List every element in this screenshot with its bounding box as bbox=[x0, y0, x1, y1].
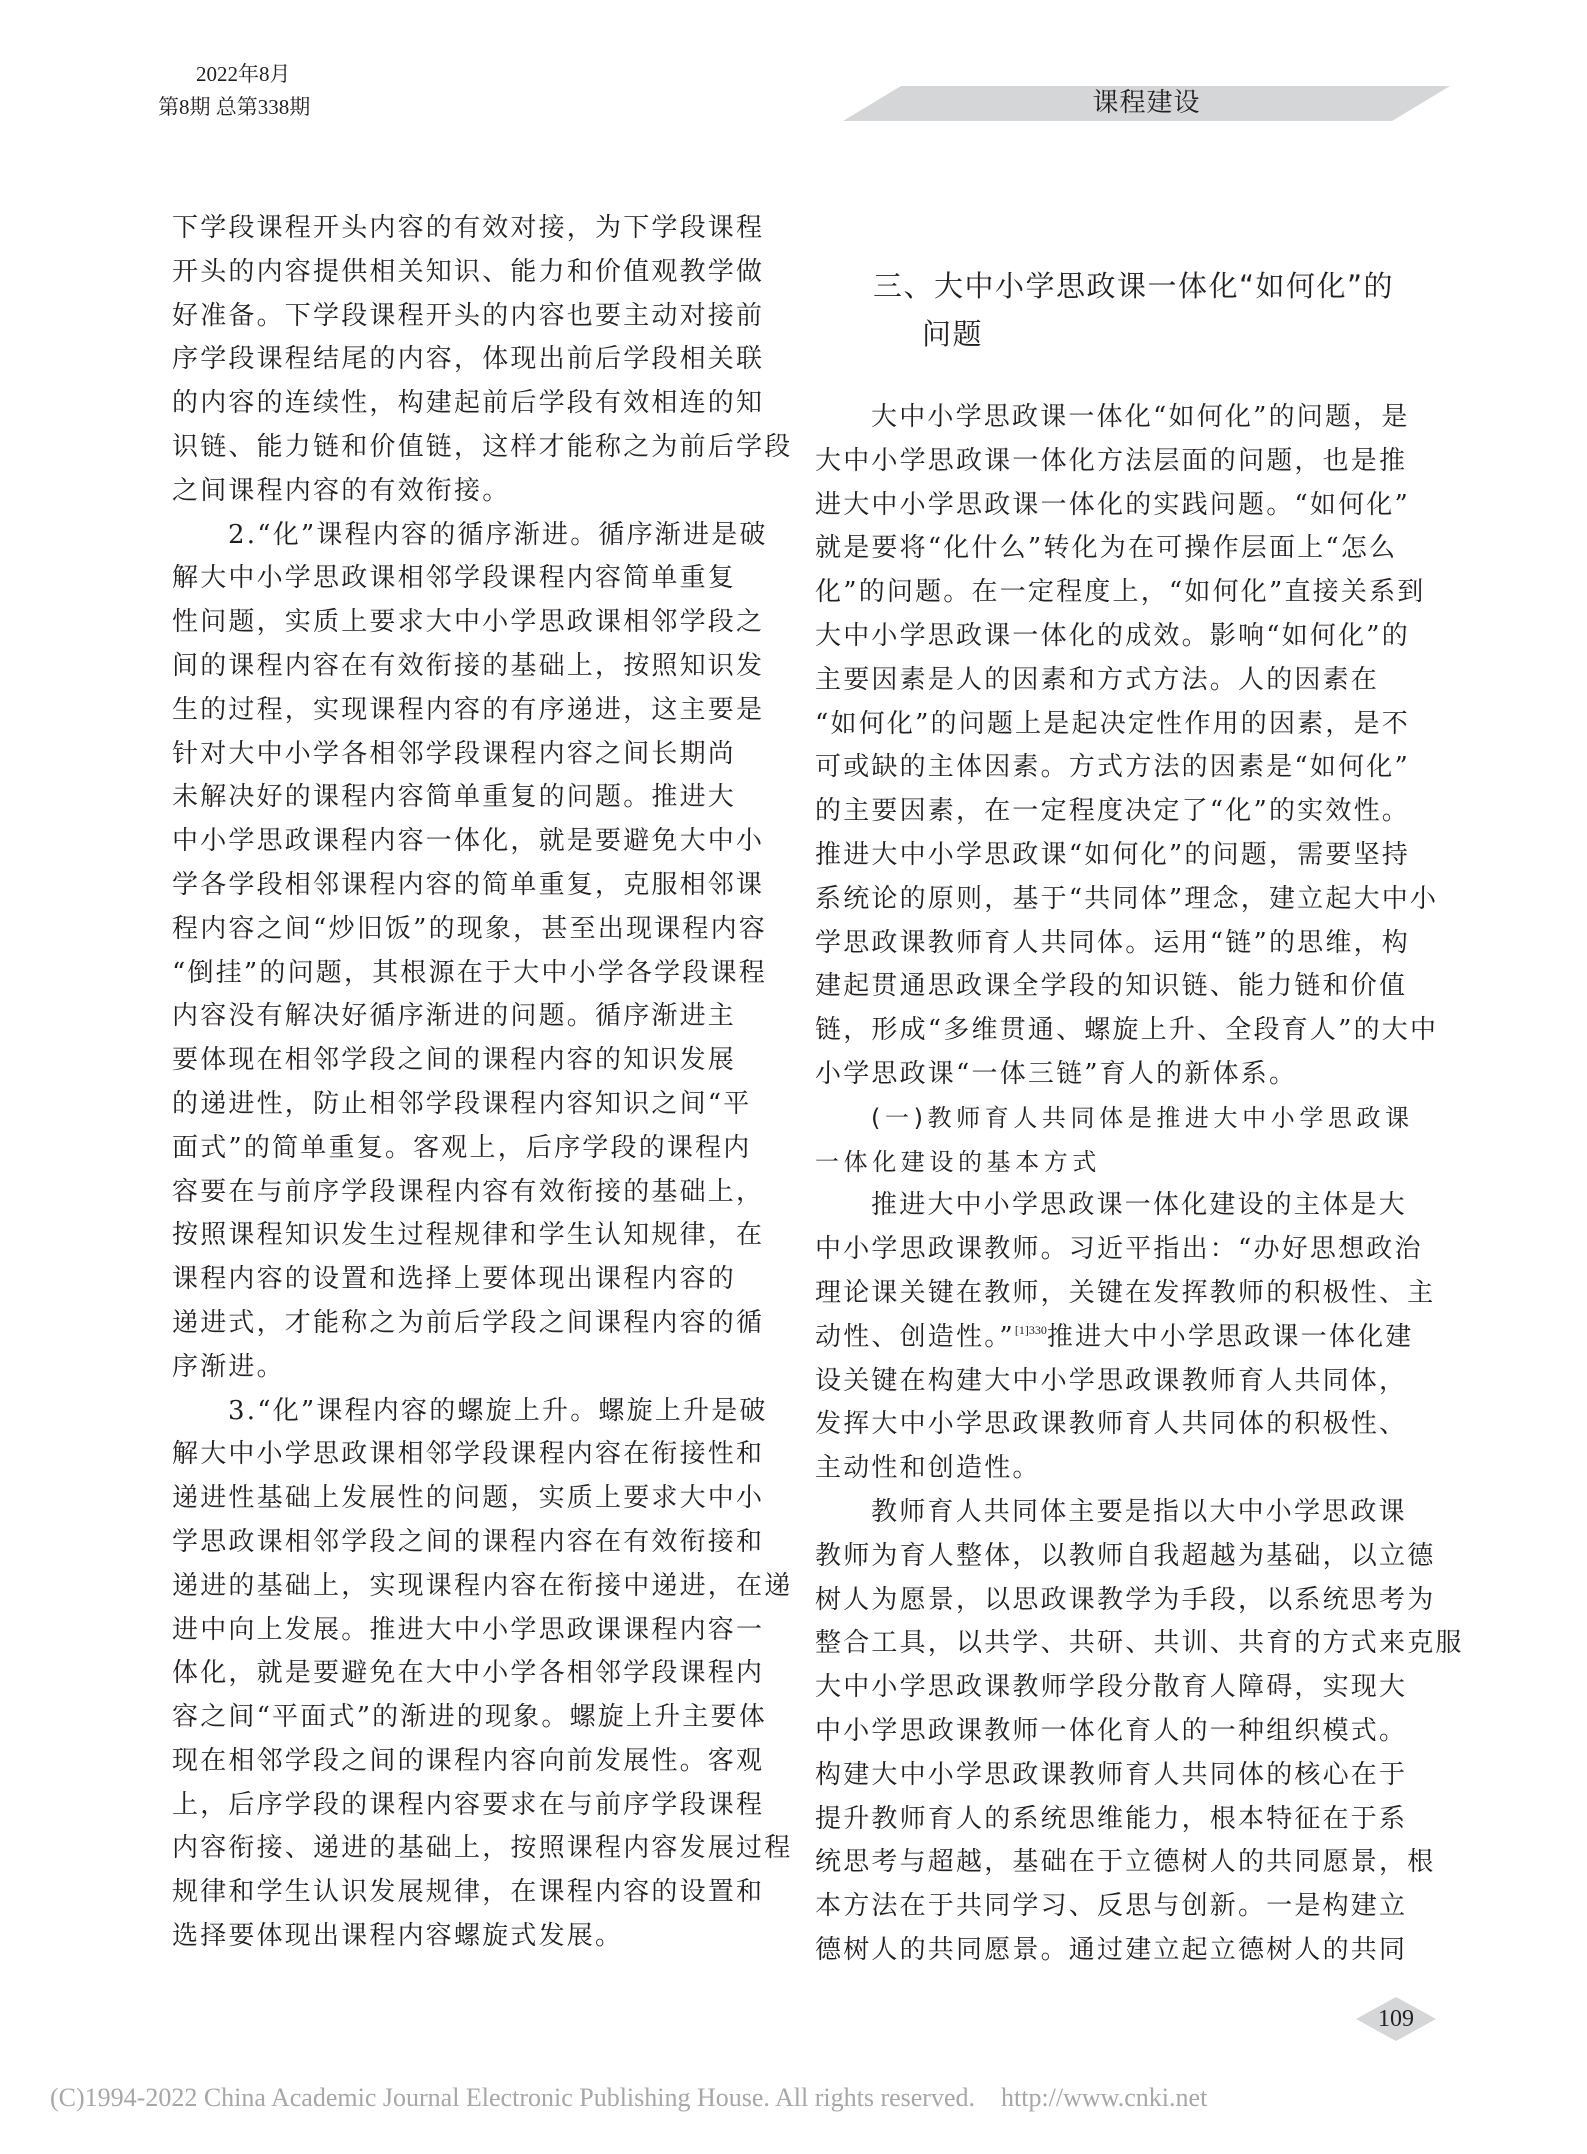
text-line: 序学段课程结尾的内容，体现出前后学段相关联 bbox=[172, 338, 802, 382]
text-line: 进大中小学思政课一体化的实践问题。“如何化” bbox=[815, 484, 1415, 528]
text-line: 主动性和创造性。 bbox=[815, 1447, 1415, 1491]
text-line: 序渐进。 bbox=[172, 1346, 802, 1390]
text-line: 中小学思政课教师。习近平指出：“办好思想政治 bbox=[815, 1228, 1415, 1272]
text-line: 统思考与超越，基础在于立德树人的共同愿景，根 bbox=[815, 1841, 1415, 1885]
text-line: 规律和学生认识发展规律，在课程内容的设置和 bbox=[172, 1871, 802, 1915]
citation-line: 动性、创造性。”[1]330推进大中小学思政课一体化建 bbox=[815, 1316, 1415, 1360]
text-line: 下学段课程开头内容的有效对接，为下学段课程 bbox=[172, 207, 802, 251]
text-line: 中小学思政课程内容一体化，就是要避免大中小 bbox=[172, 820, 802, 864]
text-line: 针对大中小学各相邻学段课程内容之间长期尚 bbox=[172, 733, 802, 777]
section-heading-line-2: 问题 bbox=[873, 310, 1394, 358]
text-line: 化”的问题。在一定程度上，“如何化”直接关系到 bbox=[815, 571, 1415, 615]
text-line: 就是要将“化什么”转化为在可操作层面上“怎么 bbox=[815, 527, 1415, 571]
text-line: 推进大中小学思政课“如何化”的问题，需要坚持 bbox=[815, 834, 1415, 878]
text-line: 进中向上发展。推进大中小学思政课课程内容一 bbox=[172, 1609, 802, 1653]
section-banner: 课程建设 bbox=[843, 86, 1450, 121]
text-line: 上，后序学段的课程内容要求在与前序学段课程 bbox=[172, 1784, 802, 1828]
text-line: 设关键在构建大中小学思政课教师育人共同体， bbox=[815, 1360, 1415, 1404]
text-line: 发挥大中小学思政课教师育人共同体的积极性、 bbox=[815, 1403, 1415, 1447]
citation-reference: [1]330 bbox=[1015, 1323, 1047, 1337]
text-line: 开头的内容提供相关知识、能力和价值观教学做 bbox=[172, 251, 802, 295]
text-line: 体化，就是要避免在大中小学各相邻学段课程内 bbox=[172, 1652, 802, 1696]
text-line: 识链、能力链和价值链，这样才能称之为前后学段 bbox=[172, 426, 802, 470]
right-column: 大中小学思政课一体化“如何化”的问题，是大中小学思政课一体化方法层面的问题，也是… bbox=[815, 396, 1415, 1973]
text-line: 好准备。下学段课程开头的内容也要主动对接前 bbox=[172, 295, 802, 339]
text-line: “倒挂”的问题，其根源在于大中小学各学段课程 bbox=[172, 952, 802, 996]
text-line: 学各学段相邻课程内容的简单重复，克服相邻课 bbox=[172, 864, 802, 908]
text-line: 中小学思政课教师一体化育人的一种组织模式。 bbox=[815, 1710, 1415, 1754]
text-line: 整合工具，以共学、共研、共训、共育的方式来克服 bbox=[815, 1622, 1415, 1666]
text-line: 推进大中小学思政课一体化建设的主体是大 bbox=[815, 1184, 1415, 1228]
text-line: 现在相邻学段之间的课程内容向前发展性。客观 bbox=[172, 1740, 802, 1784]
text-line: 理论课关键在教师，关键在发挥教师的积极性、主 bbox=[815, 1272, 1415, 1316]
text-line: 程内容之间“炒旧饭”的现象，甚至出现课程内容 bbox=[172, 908, 802, 952]
text-line: 递进式，才能称之为前后学段之间课程内容的循 bbox=[172, 1302, 802, 1346]
text-line: 要体现在相邻学段之间的课程内容的知识发展 bbox=[172, 1039, 802, 1083]
text-line: 大中小学思政课一体化“如何化”的问题，是 bbox=[815, 396, 1415, 440]
text-line: 解大中小学思政课相邻学段课程内容简单重复 bbox=[172, 557, 802, 601]
text-line: 建起贯通思政课全学段的知识链、能力链和价值 bbox=[815, 965, 1415, 1009]
text-line: 递进性基础上发展性的问题，实质上要求大中小 bbox=[172, 1477, 802, 1521]
text-line: 学思政课教师育人共同体。运用“链”的思维，构 bbox=[815, 922, 1415, 966]
text-line: 2.“化”课程内容的循序渐进。循序渐进是破 bbox=[172, 514, 802, 558]
text-line: 内容衔接、递进的基础上，按照课程内容发展过程 bbox=[172, 1827, 802, 1871]
text-line: 教师育人共同体主要是指以大中小学思政课 bbox=[815, 1491, 1415, 1535]
text-line: 的内容的连续性，构建起前后学段有效相连的知 bbox=[172, 382, 802, 426]
text-line: 学思政课相邻学段之间的课程内容在有效衔接和 bbox=[172, 1521, 802, 1565]
text-line: 本方法在于共同学习、反思与创新。一是构建立 bbox=[815, 1885, 1415, 1929]
page-number: 109 bbox=[1356, 1997, 1436, 2041]
text-line: 的递进性，防止相邻学段课程内容知识之间“平 bbox=[172, 1083, 802, 1127]
text-line: 性问题，实质上要求大中小学思政课相邻学段之 bbox=[172, 601, 802, 645]
text-line: 提升教师育人的系统思维能力，根本特征在于系 bbox=[815, 1798, 1415, 1842]
subheading-line-1: (一)教师育人共同体是推进大中小学思政课 bbox=[815, 1097, 1415, 1141]
text-line: 内容没有解决好循序渐进的问题。循序渐进主 bbox=[172, 995, 802, 1039]
text-line: 容之间“平面式”的渐进的现象。螺旋上升主要体 bbox=[172, 1696, 802, 1740]
section-banner-label: 课程建设 bbox=[843, 86, 1450, 121]
subheading-line-2: 一体化建设的基本方式 bbox=[815, 1141, 1415, 1185]
text-line: 间的课程内容在有效衔接的基础上，按照知识发 bbox=[172, 645, 802, 689]
text-line: 树人为愿景，以思政课教学为手段，以系统思考为 bbox=[815, 1579, 1415, 1623]
text-line: “如何化”的问题上是起决定性作用的因素，是不 bbox=[815, 703, 1415, 747]
text-line: 课程内容的设置和选择上要体现出课程内容的 bbox=[172, 1258, 802, 1302]
text-line: 主要因素是人的因素和方式方法。人的因素在 bbox=[815, 659, 1415, 703]
text-line: 小学思政课“一体三链”育人的新体系。 bbox=[815, 1053, 1415, 1097]
text-line: 德树人的共同愿景。通过建立起立德树人的共同 bbox=[815, 1929, 1415, 1973]
text-line: 大中小学思政课一体化的成效。影响“如何化”的 bbox=[815, 615, 1415, 659]
text-line: 链，形成“多维贯通、螺旋上升、全段育人”的大中 bbox=[815, 1009, 1415, 1053]
text-line: 的主要因素，在一定程度决定了“化”的实效性。 bbox=[815, 790, 1415, 834]
issue-number: 第8期 总第338期 bbox=[158, 91, 310, 124]
text-line: 教师为育人整体，以教师自我超越为基础，以立德 bbox=[815, 1535, 1415, 1579]
right-paragraphs-c: 设关键在构建大中小学思政课教师育人共同体，发挥大中小学思政课教师育人共同体的积极… bbox=[815, 1360, 1415, 1973]
text-line: 容要在与前序学段课程内容有效衔接的基础上， bbox=[172, 1171, 802, 1215]
copyright-text: (C)1994-2022 China Academic Journal Elec… bbox=[50, 2083, 975, 2112]
text-line: 大中小学思政课一体化方法层面的问题，也是推 bbox=[815, 440, 1415, 484]
page-number-badge: 109 bbox=[1356, 1997, 1436, 2041]
right-paragraphs-b: 推进大中小学思政课一体化建设的主体是大中小学思政课教师。习近平指出：“办好思想政… bbox=[815, 1184, 1415, 1315]
text-line: 之间课程内容的有效衔接。 bbox=[172, 470, 802, 514]
text-line: 可或缺的主体因素。方式方法的因素是“如何化” bbox=[815, 746, 1415, 790]
text-line: 递进的基础上，实现课程内容在衔接中递进，在递 bbox=[172, 1565, 802, 1609]
running-header-left: 2022年8月 第8期 总第338期 bbox=[158, 58, 310, 124]
section-heading-line-1: 三、大中小学思政课一体化“如何化”的 bbox=[873, 262, 1394, 310]
text-line: 解大中小学思政课相邻学段课程内容在衔接性和 bbox=[172, 1433, 802, 1477]
text-line: 大中小学思政课教师学段分散育人障碍，实现大 bbox=[815, 1666, 1415, 1710]
text-line: 3.“化”课程内容的螺旋上升。螺旋上升是破 bbox=[172, 1390, 802, 1434]
citation-line-after: 推进大中小学思政课一体化建 bbox=[1047, 1322, 1414, 1352]
cnki-url: http://www.cnki.net bbox=[1001, 2083, 1207, 2112]
section-heading: 三、大中小学思政课一体化“如何化”的 问题 bbox=[873, 262, 1394, 358]
text-line: 面式”的简单重复。客观上，后序学段的课程内 bbox=[172, 1127, 802, 1171]
text-line: 构建大中小学思政课教师育人共同体的核心在于 bbox=[815, 1754, 1415, 1798]
right-paragraphs-a: 大中小学思政课一体化“如何化”的问题，是大中小学思政课一体化方法层面的问题，也是… bbox=[815, 396, 1415, 1097]
text-line: 系统论的原则，基于“共同体”理念，建立起大中小 bbox=[815, 878, 1415, 922]
citation-line-before: 动性、创造性。” bbox=[815, 1322, 1015, 1352]
text-line: 选择要体现出课程内容螺旋式发展。 bbox=[172, 1915, 802, 1959]
text-line: 生的过程，实现课程内容的有序递进，这主要是 bbox=[172, 689, 802, 733]
copyright-notice: (C)1994-2022 China Academic Journal Elec… bbox=[50, 2083, 1207, 2113]
text-line: 按照课程知识发生过程规律和学生认知规律，在 bbox=[172, 1214, 802, 1258]
text-line: 未解决好的课程内容简单重复的问题。推进大 bbox=[172, 776, 802, 820]
left-column: 下学段课程开头内容的有效对接，为下学段课程开头的内容提供相关知识、能力和价值观教… bbox=[172, 207, 802, 1959]
issue-date: 2022年8月 bbox=[158, 58, 310, 91]
